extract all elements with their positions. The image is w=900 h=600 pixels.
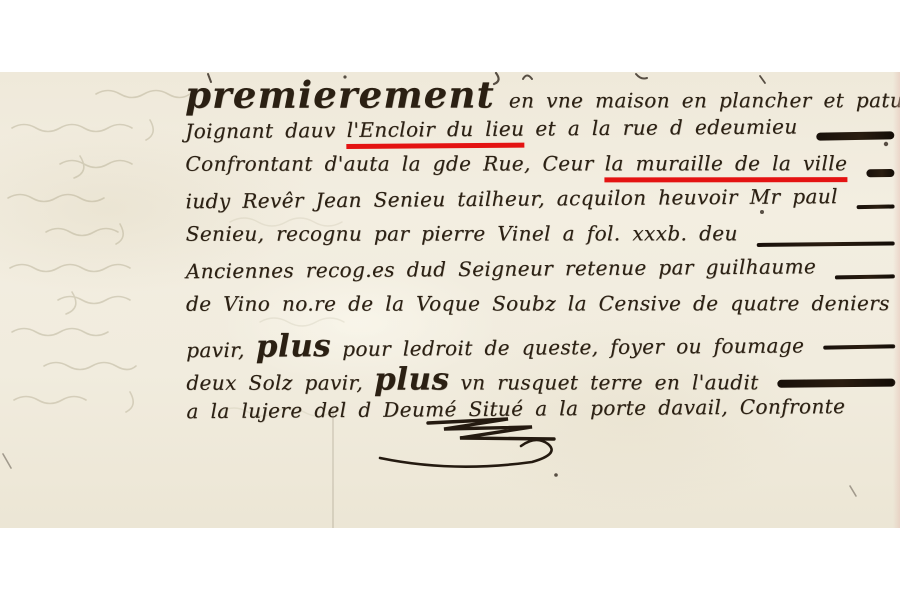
scan-edge-strip xyxy=(893,72,900,528)
parchment-scan: premierementen vne maison en plancher et… xyxy=(0,72,900,528)
ink-specks xyxy=(0,72,900,528)
